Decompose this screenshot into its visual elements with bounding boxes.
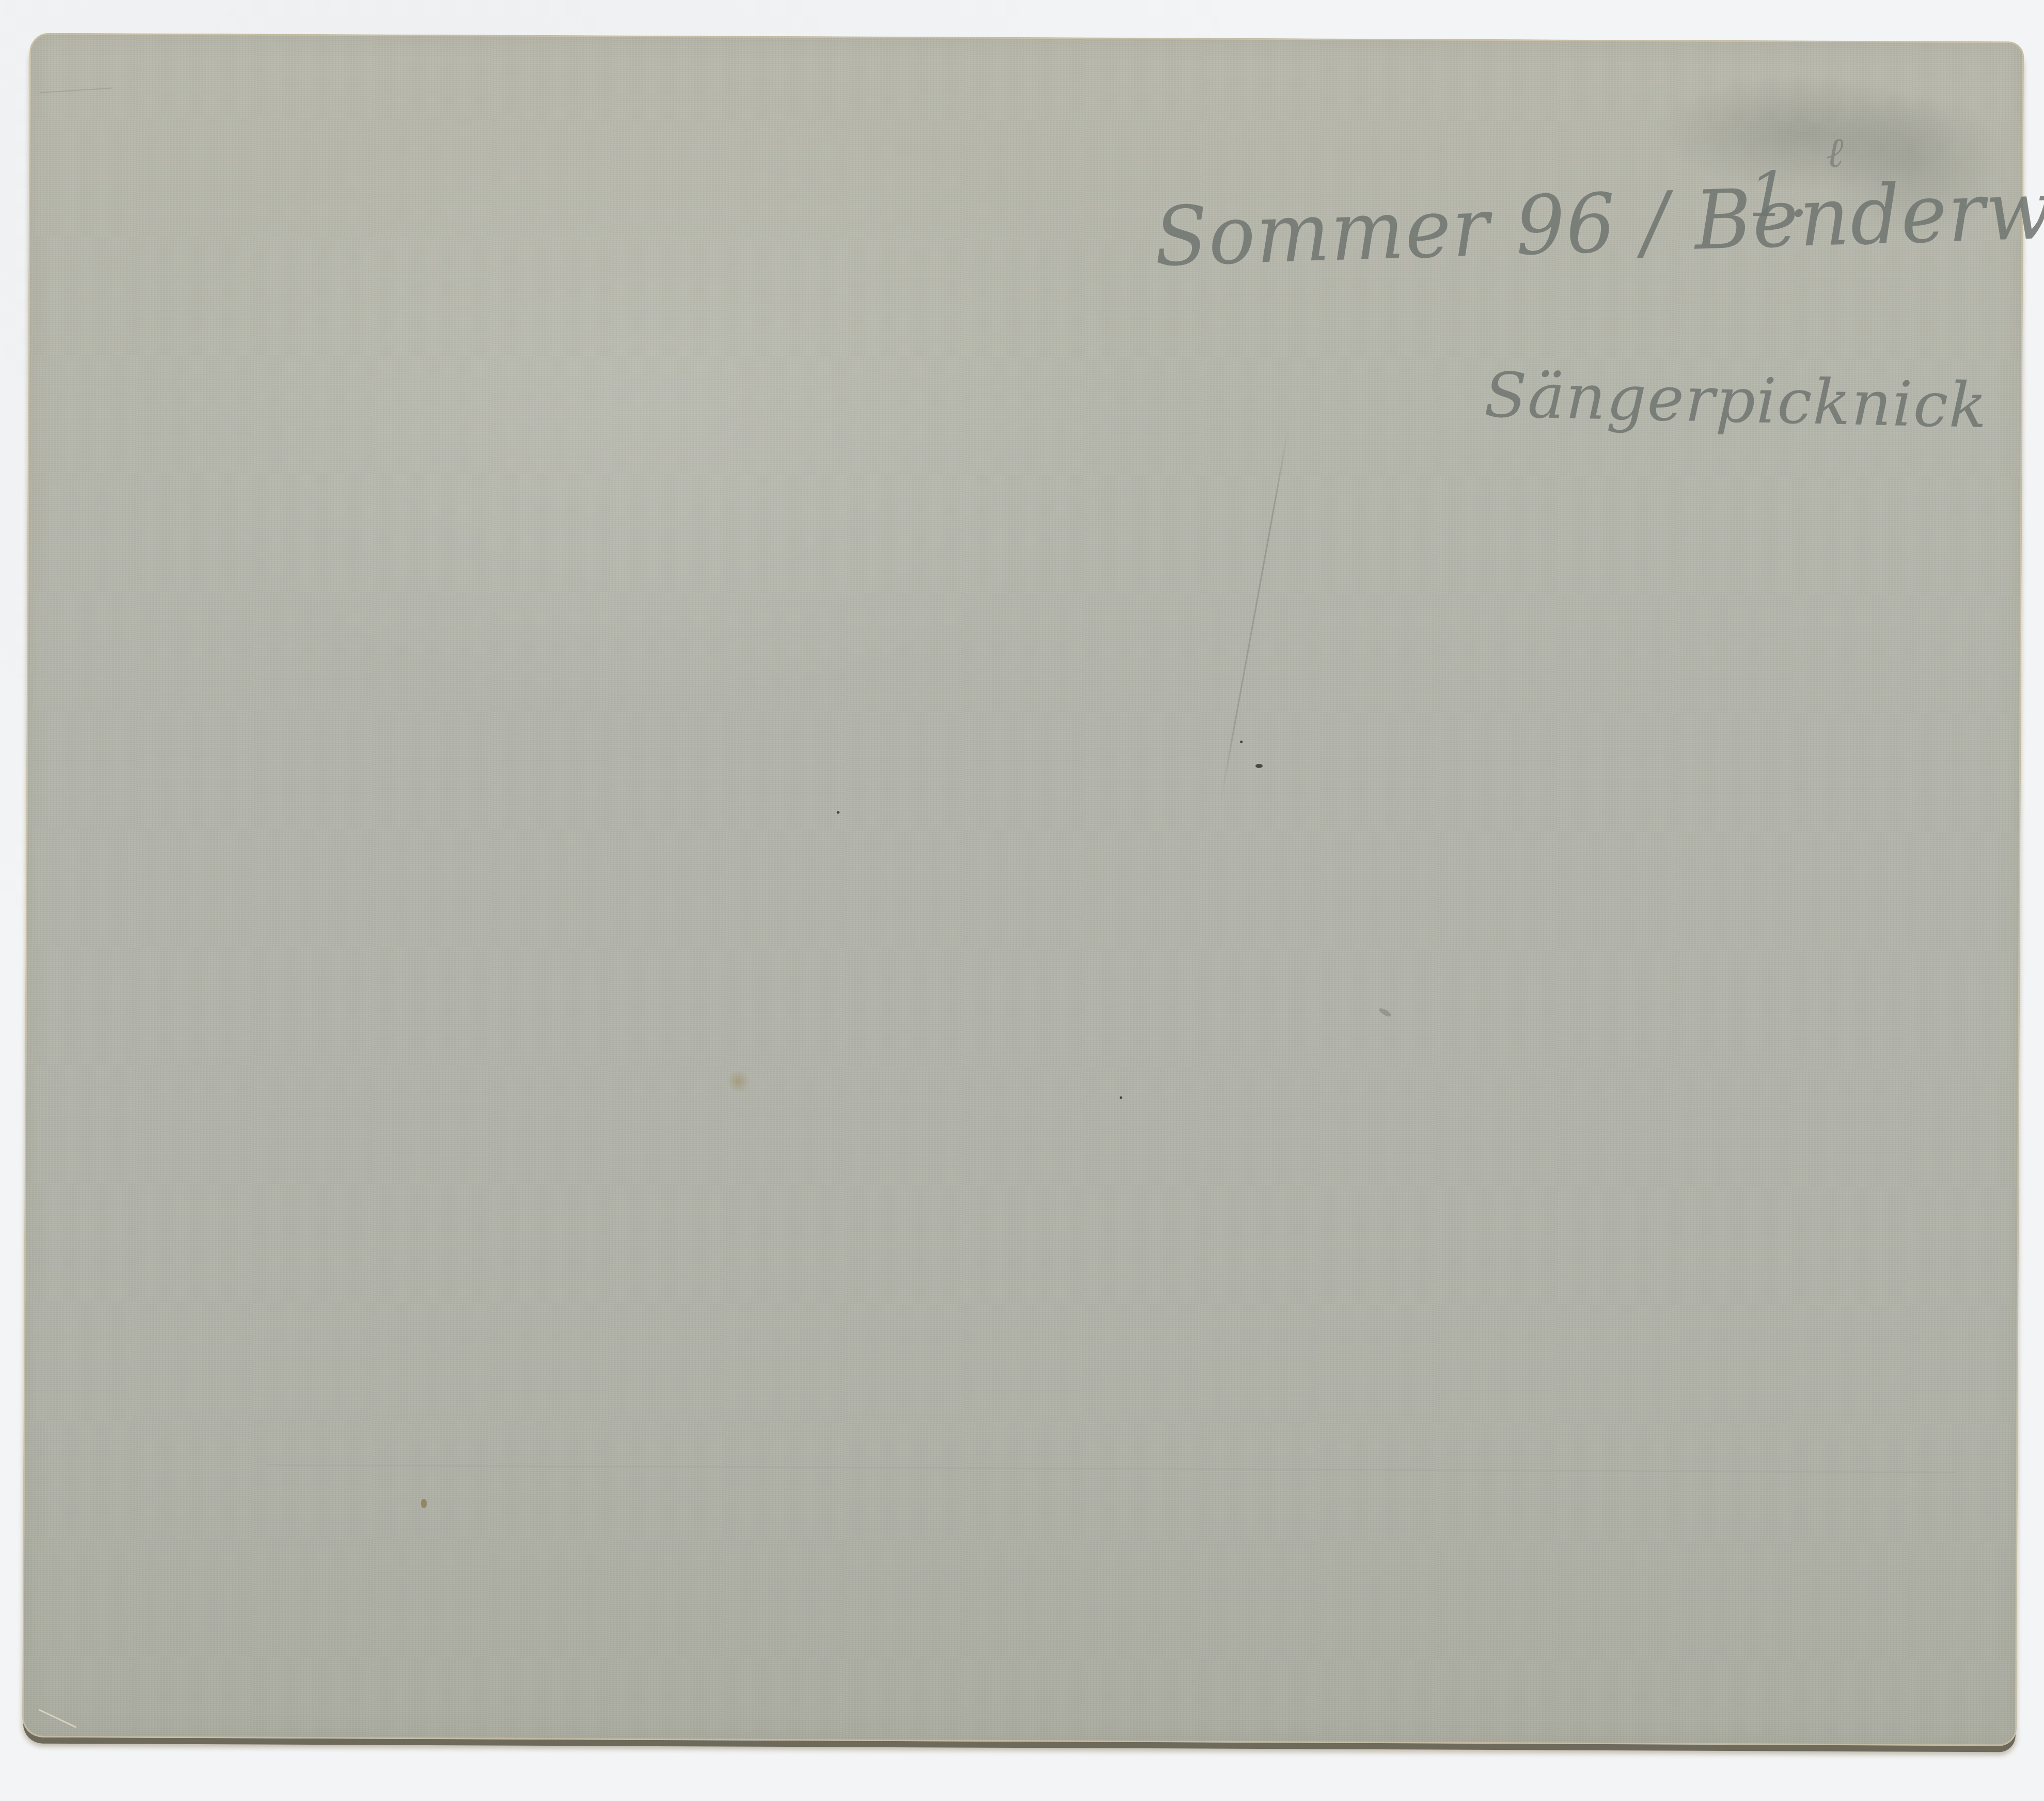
speck xyxy=(837,811,840,813)
corner-crease xyxy=(40,87,112,93)
foxing-spot xyxy=(421,1499,427,1508)
stray-pencil-line xyxy=(1220,426,1290,802)
speck xyxy=(1240,741,1243,743)
inscription-line-event: Sängerpicknick xyxy=(1484,359,1989,442)
scuff-mark xyxy=(1378,1007,1392,1018)
inscription-line-date-place: Sommer 96 / Benderwille xyxy=(1153,159,2044,285)
debris-speck xyxy=(1255,764,1263,768)
speck xyxy=(1120,1097,1122,1099)
foxing-stain xyxy=(727,1069,749,1094)
photo-mount-card: ℓ 1. Sommer 96 / Benderwille Sängerpickn… xyxy=(22,33,2024,1746)
